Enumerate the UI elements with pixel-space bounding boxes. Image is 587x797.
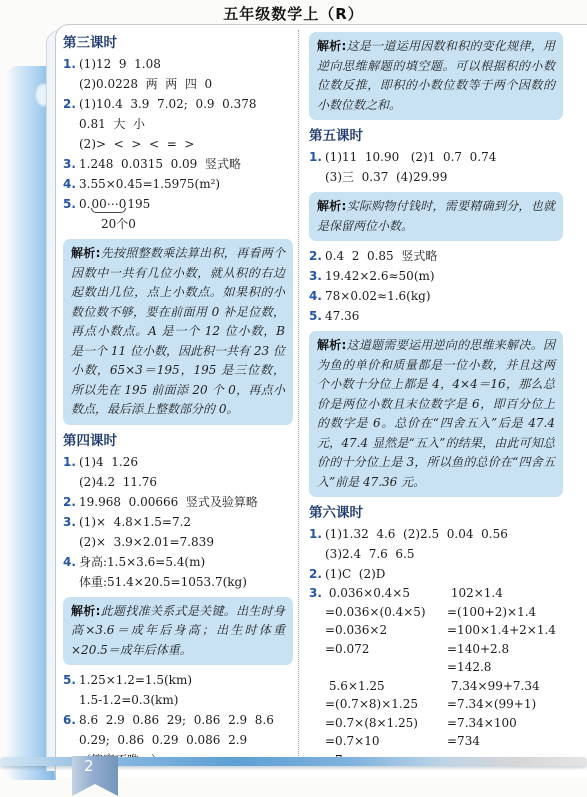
page-number: 2 xyxy=(84,757,94,775)
item-number xyxy=(63,74,79,94)
work-row: =0.036×(0.4×5) =(100+2)×1.4 xyxy=(325,603,563,622)
item-number xyxy=(63,690,79,710)
answer-line: 5. 1.25×1.2=1.5(km) xyxy=(63,670,293,690)
work-row: =0.7×(8×1.25) =7.34×100 xyxy=(325,714,563,733)
item-number xyxy=(63,730,79,750)
analysis-text: 这道题需要运用逆向的思维来解决。因为鱼的单价和质量都是一位小数，并且这两个小数十… xyxy=(317,338,555,489)
answer-line: 4. 3.55×0.45=1.5975(m²) xyxy=(63,174,293,194)
answer-line: 1. (1)11 10.90 (2)1 0.7 0.74 xyxy=(309,147,563,167)
work-cell: =7.34×(99+1) xyxy=(447,695,563,714)
work-cell: =7.34×100 xyxy=(447,714,563,733)
answer-line: (2)× 3.9×2.01=7.839 xyxy=(63,532,293,552)
work-cell: =0.036×2 xyxy=(325,621,447,640)
analysis-text: 此题找准关系式是关键。出生时身高×3.6＝成年后身高；出生时体重×20.5＝成年… xyxy=(71,604,285,657)
work-cell xyxy=(325,658,447,677)
answer-text: 1.5-1.2=0.3(km) xyxy=(79,690,293,710)
analysis-box: 解析:实际购物付钱时，需要精确到分，也就是保留两位小数。 xyxy=(309,192,563,241)
answer-line-underbrace: 5. 0.00⋯0195 xyxy=(63,194,293,214)
answer-text: 0.00⋯0195 xyxy=(79,194,293,214)
item-number: 6. xyxy=(63,710,79,730)
item-number: 3. xyxy=(309,584,322,603)
underbrace-zeros: 00⋯0 xyxy=(90,197,127,211)
answer-line: 1.5-1.2=0.3(km) xyxy=(63,690,293,710)
answer-text: 3.55×0.45=1.5975(m²) xyxy=(79,174,293,194)
analysis-box: 解析:此题找准关系式是关键。出生时身高×3.6＝成年后身高；出生时体重×20.5… xyxy=(63,597,293,666)
answer-line: (3)2.4 7.6 6.5 xyxy=(309,544,563,564)
answer-text: (2)0.0228 两 两 四 0 xyxy=(79,74,293,94)
answer-line: 0.81 大 小 xyxy=(63,114,293,134)
column-divider xyxy=(298,30,299,758)
answer-line: (2)0.0228 两 两 四 0 xyxy=(63,74,293,94)
work-cell: =0.072 xyxy=(325,640,447,659)
item-number: 5. xyxy=(63,670,79,690)
answer-text: 0.81 大 小 xyxy=(79,114,293,134)
answer-text: 0.29; 0.86 0.29 0.086 2.9 xyxy=(79,730,293,750)
answer-text: 0.4 2 0.85 竖式略 xyxy=(325,246,563,266)
work-cell: 102×1.4 xyxy=(447,584,563,603)
answer-line: 6. 8.6 2.9 0.86 29; 0.86 2.9 8.6 xyxy=(63,710,293,730)
answer-line: (3)三 0.37 (4)29.99 xyxy=(309,167,563,187)
page-number-ribbon: 2 xyxy=(72,756,118,796)
work-cell: =0.7×(8×1.25) xyxy=(325,714,447,733)
answer-text: 78×0.02≈1.6(kg) xyxy=(325,286,563,306)
answer-line: 1. (1)12 9 1.08 xyxy=(63,54,293,74)
work-cell: =140+2.8 xyxy=(447,640,563,659)
left-column: 第三课时 1. (1)12 9 1.08 (2)0.0228 两 两 四 0 2… xyxy=(63,30,293,770)
item-number xyxy=(63,532,79,552)
lesson3-header: 第三课时 xyxy=(63,32,293,54)
answer-text: 19.968 0.00666 竖式及验算略 xyxy=(79,492,293,512)
work-row: =142.8 xyxy=(325,658,563,677)
item-number: 2. xyxy=(309,246,325,266)
item-number: 4. xyxy=(63,174,79,194)
answer-text: (1)12 9 1.08 xyxy=(79,54,293,74)
lesson5-header: 第五课时 xyxy=(309,125,563,147)
answer-line: 1. (1)4 1.26 xyxy=(63,452,293,472)
item-number: 3. xyxy=(63,154,79,174)
item-number: 1. xyxy=(309,147,325,167)
work-row: =0.036×2 =100×1.4+2×1.4 xyxy=(325,621,563,640)
answer-line: 3. 19.42×2.6≈50(m) xyxy=(309,266,563,286)
analysis-label: 解析: xyxy=(317,199,346,213)
answer-text: (1)C (2)D xyxy=(325,564,563,584)
answer-text: (1)× 4.8×1.5=7.2 xyxy=(79,512,293,532)
work-row: =0.072 =140+2.8 xyxy=(325,640,563,659)
answer-text: (2)> < > < = > xyxy=(79,134,293,154)
answer-text: (1)10.4 3.9 7.02; 0.9 0.378 xyxy=(79,94,293,114)
item-number: 4. xyxy=(309,286,325,306)
work-cell: =0.7×10 xyxy=(325,732,447,751)
analysis-box: 解析:先按照整数乘法算出积，再看两个因数中一共有几位小数，就从积的右边起数出几位… xyxy=(63,239,293,425)
work-cell: =(100+2)×1.4 xyxy=(447,603,563,622)
work-cell: =734 xyxy=(447,732,563,751)
work-cell: =(0.7×8)×1.25 xyxy=(325,695,447,714)
answer-text: 19.42×2.6≈50(m) xyxy=(325,266,563,286)
answer-text: 1.248 0.0315 0.09 竖式略 xyxy=(79,154,293,174)
answer-line: 4. 78×0.02≈1.6(kg) xyxy=(309,286,563,306)
answer-text: 1.25×1.2=1.5(km) xyxy=(79,670,293,690)
answer-text: (2)× 3.9×2.01=7.839 xyxy=(79,532,293,552)
analysis-label: 解析: xyxy=(71,604,100,618)
analysis-box: 解析:这是一道运用因数和积的变化规律，用逆向思维解题的填空题。可以根据积的小数位… xyxy=(309,32,563,120)
answer-text: (3)三 0.37 (4)29.99 xyxy=(325,167,563,187)
item-number: 1. xyxy=(63,54,79,74)
answer-line: 体重:51.4×20.5=1053.7(kg) xyxy=(63,572,293,592)
work-row: 0.036×0.4×5 102×1.4 xyxy=(325,584,563,603)
lesson4-header: 第四课时 xyxy=(63,430,293,452)
item-number: 2. xyxy=(309,564,325,584)
answer-text: 47.36 xyxy=(325,306,563,326)
item-number: 3. xyxy=(309,266,325,286)
answer-line: 5. 47.36 xyxy=(309,306,563,326)
item-number: 3. xyxy=(63,512,79,532)
answer-text: 身高:1.5×3.6=5.4(m) xyxy=(79,552,293,572)
work-cell: 7.34×99+7.34 xyxy=(447,677,563,696)
item-number: 2. xyxy=(63,492,79,512)
item-number xyxy=(63,114,79,134)
item-number xyxy=(63,134,79,154)
answer-line: 2. (1)10.4 3.9 7.02; 0.9 0.378 xyxy=(63,94,293,114)
work-cell: 5.6×1.25 xyxy=(325,677,447,696)
answer-line: 2. 0.4 2 0.85 竖式略 xyxy=(309,246,563,266)
analysis-label: 解析: xyxy=(317,39,346,53)
work-cell: =142.8 xyxy=(447,658,563,677)
answer-line: 3. 1.248 0.0315 0.09 竖式略 xyxy=(63,154,293,174)
answer-text: (1)4 1.26 xyxy=(79,452,293,472)
answer-text: (3)2.4 7.6 6.5 xyxy=(325,544,563,564)
worked-solutions: 3. 0.036×0.4×5 102×1.4 =0.036×(0.4×5) =(… xyxy=(309,584,563,769)
analysis-box: 解析:这道题需要运用逆向的思维来解决。因为鱼的单价和质量都是一位小数，并且这两个… xyxy=(309,331,563,497)
item-number: 1. xyxy=(309,524,325,544)
lesson6-header: 第六课时 xyxy=(309,502,563,524)
answer-line: 2. (1)C (2)D xyxy=(309,564,563,584)
item-number xyxy=(63,472,79,492)
work-cell: =0.036×(0.4×5) xyxy=(325,603,447,622)
item-number xyxy=(63,572,79,592)
answer-text: 体重:51.4×20.5=1053.7(kg) xyxy=(79,572,293,592)
work-row: =(0.7×8)×1.25 =7.34×(99+1) xyxy=(325,695,563,714)
item-number: 5. xyxy=(63,194,79,214)
answer-line: (2)> < > < = > xyxy=(63,134,293,154)
analysis-text: 先按照整数乘法算出积，再看两个因数中一共有几位小数，就从积的右边起数出几位，点上… xyxy=(71,246,285,416)
answer-text: 8.6 2.9 0.86 29; 0.86 2.9 8.6 xyxy=(79,710,293,730)
answer-text: (1)11 10.90 (2)1 0.7 0.74 xyxy=(325,147,563,167)
answer-line: 4. 身高:1.5×3.6=5.4(m) xyxy=(63,552,293,572)
work-row: =0.7×10 =734 xyxy=(325,732,563,751)
answer-text: (2)4.2 11.76 xyxy=(79,472,293,492)
work-cell: 0.036×0.4×5 xyxy=(325,584,447,603)
item-number: 4. xyxy=(63,552,79,572)
underbrace-label: 20个0 xyxy=(101,214,293,234)
answer-line: 3. (1)× 4.8×1.5=7.2 xyxy=(63,512,293,532)
analysis-label: 解析: xyxy=(71,246,100,260)
answer-line: 1. (1)1.32 4.6 (2)2.5 0.04 0.56 xyxy=(309,524,563,544)
answer-line: (2)4.2 11.76 xyxy=(63,472,293,492)
item-number xyxy=(309,544,325,564)
item-number: 5. xyxy=(309,306,325,326)
analysis-text: 实际购物付钱时，需要精确到分，也就是保留两位小数。 xyxy=(317,199,555,233)
answer-text: (1)1.32 4.6 (2)2.5 0.04 0.56 xyxy=(325,524,563,544)
work-cell: =100×1.4+2×1.4 xyxy=(447,621,563,640)
work-row: 5.6×1.25 7.34×99+7.34 xyxy=(325,677,563,696)
item-number: 1. xyxy=(63,452,79,472)
analysis-text: 这是一道运用因数和积的变化规律，用逆向思维解题的填空题。可以根据积的小数位数反推… xyxy=(317,39,555,112)
answer-line: 2. 19.968 0.00666 竖式及验算略 xyxy=(63,492,293,512)
right-column: 解析:这是一道运用因数和积的变化规律，用逆向思维解题的填空题。可以根据积的小数位… xyxy=(309,30,563,769)
item-number: 2. xyxy=(63,94,79,114)
item-number xyxy=(309,167,325,187)
page-title: 五年级数学上（R） xyxy=(0,3,587,24)
answer-line: 0.29; 0.86 0.29 0.086 2.9 xyxy=(63,730,293,750)
analysis-label: 解析: xyxy=(317,338,346,352)
